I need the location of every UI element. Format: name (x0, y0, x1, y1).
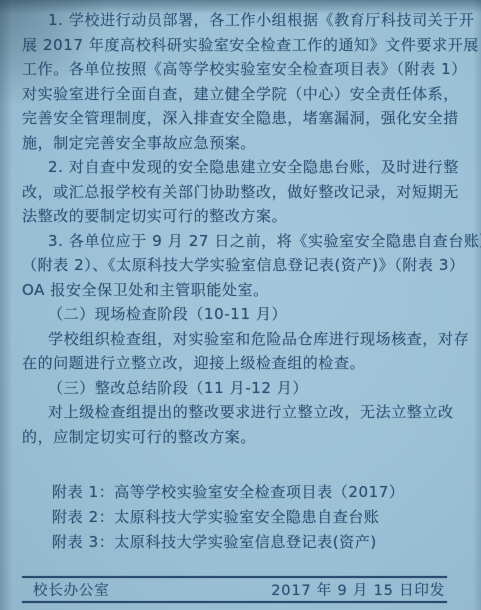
section-heading: （二）现场检查阶段（10-11 月） (22, 302, 463, 327)
section-heading: （三）整改总结阶段（11 月-12 月） (22, 376, 463, 401)
body-line: 3. 各单位应于 9 月 27 日之前，将《实验室安全隐患自查台账》 (22, 229, 463, 254)
body-line: 对上级检查组提出的整改要求进行立整立改，无法立整立改 (22, 400, 463, 425)
body-line: 施，制定完善安全事故应急预案。 (22, 131, 463, 156)
attachment-item: 附表 3：太原科技大学实验室信息登记表(资产) (22, 530, 463, 555)
attachment-list: 附表 1：高等学校实验室安全检查项目表（2017） 附表 2：太原科技大学实验室… (22, 480, 463, 554)
footer-issuer: 校长办公室 (33, 579, 110, 600)
body-line: 的，应制定切实可行的整改方案。 (22, 425, 463, 450)
body-line: 展 2017 年度高校科研实验室安全检查工作的通知》文件要求开展 (22, 33, 463, 58)
body-line: （附表 2）、《太原科技大学实验室信息登记表(资产)》（附表 3） (22, 253, 463, 278)
body-line: 在的问题进行立整立改，迎接上级检查组的检查。 (22, 351, 463, 376)
attachment-item: 附表 1：高等学校实验室安全检查项目表（2017） (22, 480, 463, 505)
body-line: OA 报安全保卫处和主管职能处室。 (22, 278, 463, 303)
body-line: 1. 学校进行动员部署，各工作小组根据《教育厅科技司关于开 (22, 8, 463, 33)
body-line: 法整改的要制定切实可行的整改方案。 (22, 204, 463, 229)
document-footer: 校长办公室 2017 年 9 月 15 日印发 (22, 576, 447, 603)
footer-row: 校长办公室 2017 年 9 月 15 日印发 (22, 578, 447, 601)
footer-rule-bottom (22, 601, 447, 603)
body-line: 改，或汇总报学校有关部门协助整改，做好整改记录，对短期无 (22, 180, 463, 205)
body-line: 2. 对自查中发现的安全隐患建立安全隐患台账，及时进行整 (22, 155, 463, 180)
document-body: 1. 学校进行动员部署，各工作小组根据《教育厅科技司关于开 展 2017 年度高… (22, 8, 463, 554)
body-line: 对实验室进行全面自查，建立健全学院（中心）安全责任体系， (22, 82, 463, 107)
footer-print-date: 2017 年 9 月 15 日印发 (271, 579, 445, 600)
body-line: 工作。各单位按照《高等学校实验室安全检查项目表》（附表 1） (22, 57, 463, 82)
body-line: 完善安全管理制度，深入排查安全隐患，堵塞漏洞，强化安全措 (22, 106, 463, 131)
scanned-document-page: 1. 学校进行动员部署，各工作小组根据《教育厅科技司关于开 展 2017 年度高… (0, 0, 481, 610)
attachment-item: 附表 2：太原科技大学实验室安全隐患自查台账 (22, 505, 463, 530)
body-line: 学校组织检查组，对实验室和危险品仓库进行现场核查，对存 (22, 327, 463, 352)
